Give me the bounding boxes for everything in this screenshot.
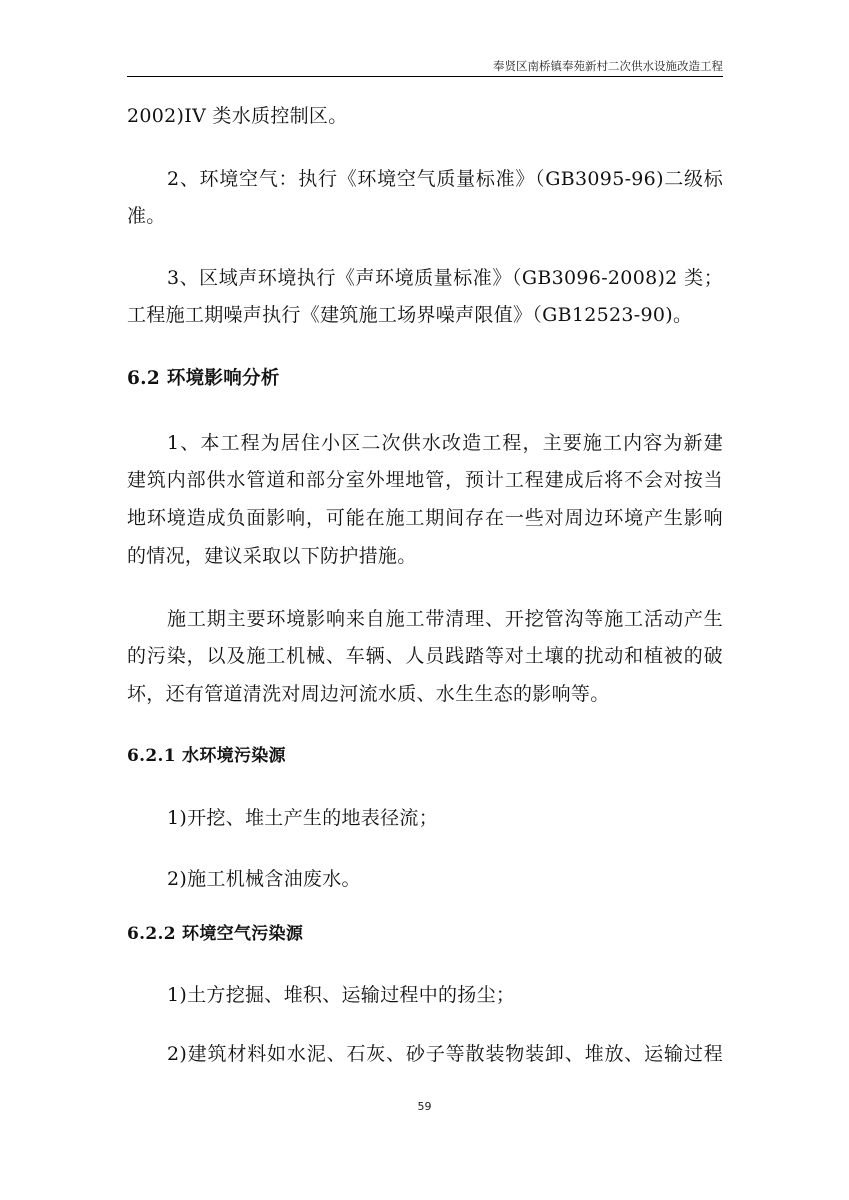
section-heading-6-2: 6.2 环境影响分析 <box>127 366 723 392</box>
paragraph-line: 2、环境空气：执行《环境空气质量标准》（GB3095-96)二级标 <box>167 166 723 192</box>
paragraph-line: 的污染，以及施工机械、车辆、人员践踏等对土壤的扰动和植被的破 <box>127 643 723 669</box>
section-heading-6-2-2: 6.2.2 环境空气污染源 <box>127 921 723 947</box>
paragraph-line: 地环境造成负面影响，可能在施工期间存在一些对周边环境产生影响 <box>127 505 723 531</box>
header-rule <box>127 76 723 77</box>
page-number: 59 <box>0 1100 849 1113</box>
paragraph-line: 1、本工程为居住小区二次供水改造工程，主要施工内容为新建 <box>167 430 723 456</box>
paragraph-line: 2002)IV 类水质控制区。 <box>127 103 723 129</box>
running-header: 奉贤区南桥镇奉苑新村二次供水设施改造工程 <box>127 58 723 74</box>
paragraph-line: 坏，还有管道清洗对周边河流水质、水生生态的影响等。 <box>127 681 723 707</box>
list-item: 1)开挖、堆土产生的地表径流； <box>167 805 723 831</box>
paragraph-line: 3、区域声环境执行《声环境质量标准》（GB3096-2008)2 类； <box>167 265 723 291</box>
section-heading-6-2-1: 6.2.1 水环境污染源 <box>127 743 723 769</box>
paragraph-line: 准。 <box>127 203 723 229</box>
paragraph-line: 的情况，建议采取以下防护措施。 <box>127 543 723 569</box>
paragraph-line: 施工期主要环境影响来自施工带清理、开挖管沟等施工活动产生 <box>167 606 723 632</box>
list-item: 2)建筑材料如水泥、石灰、砂子等散装物装卸、堆放、运输过程 <box>167 1041 723 1067</box>
list-item: 1)土方挖掘、堆积、运输过程中的扬尘； <box>167 982 723 1008</box>
paragraph-line: 工程施工期噪声执行《建筑施工场界噪声限值》（GB12523-90)。 <box>127 302 723 328</box>
paragraph-line: 建筑内部供水管道和部分室外埋地管，预计工程建成后将不会对按当 <box>127 467 723 493</box>
list-item: 2)施工机械含油废水。 <box>167 866 723 892</box>
